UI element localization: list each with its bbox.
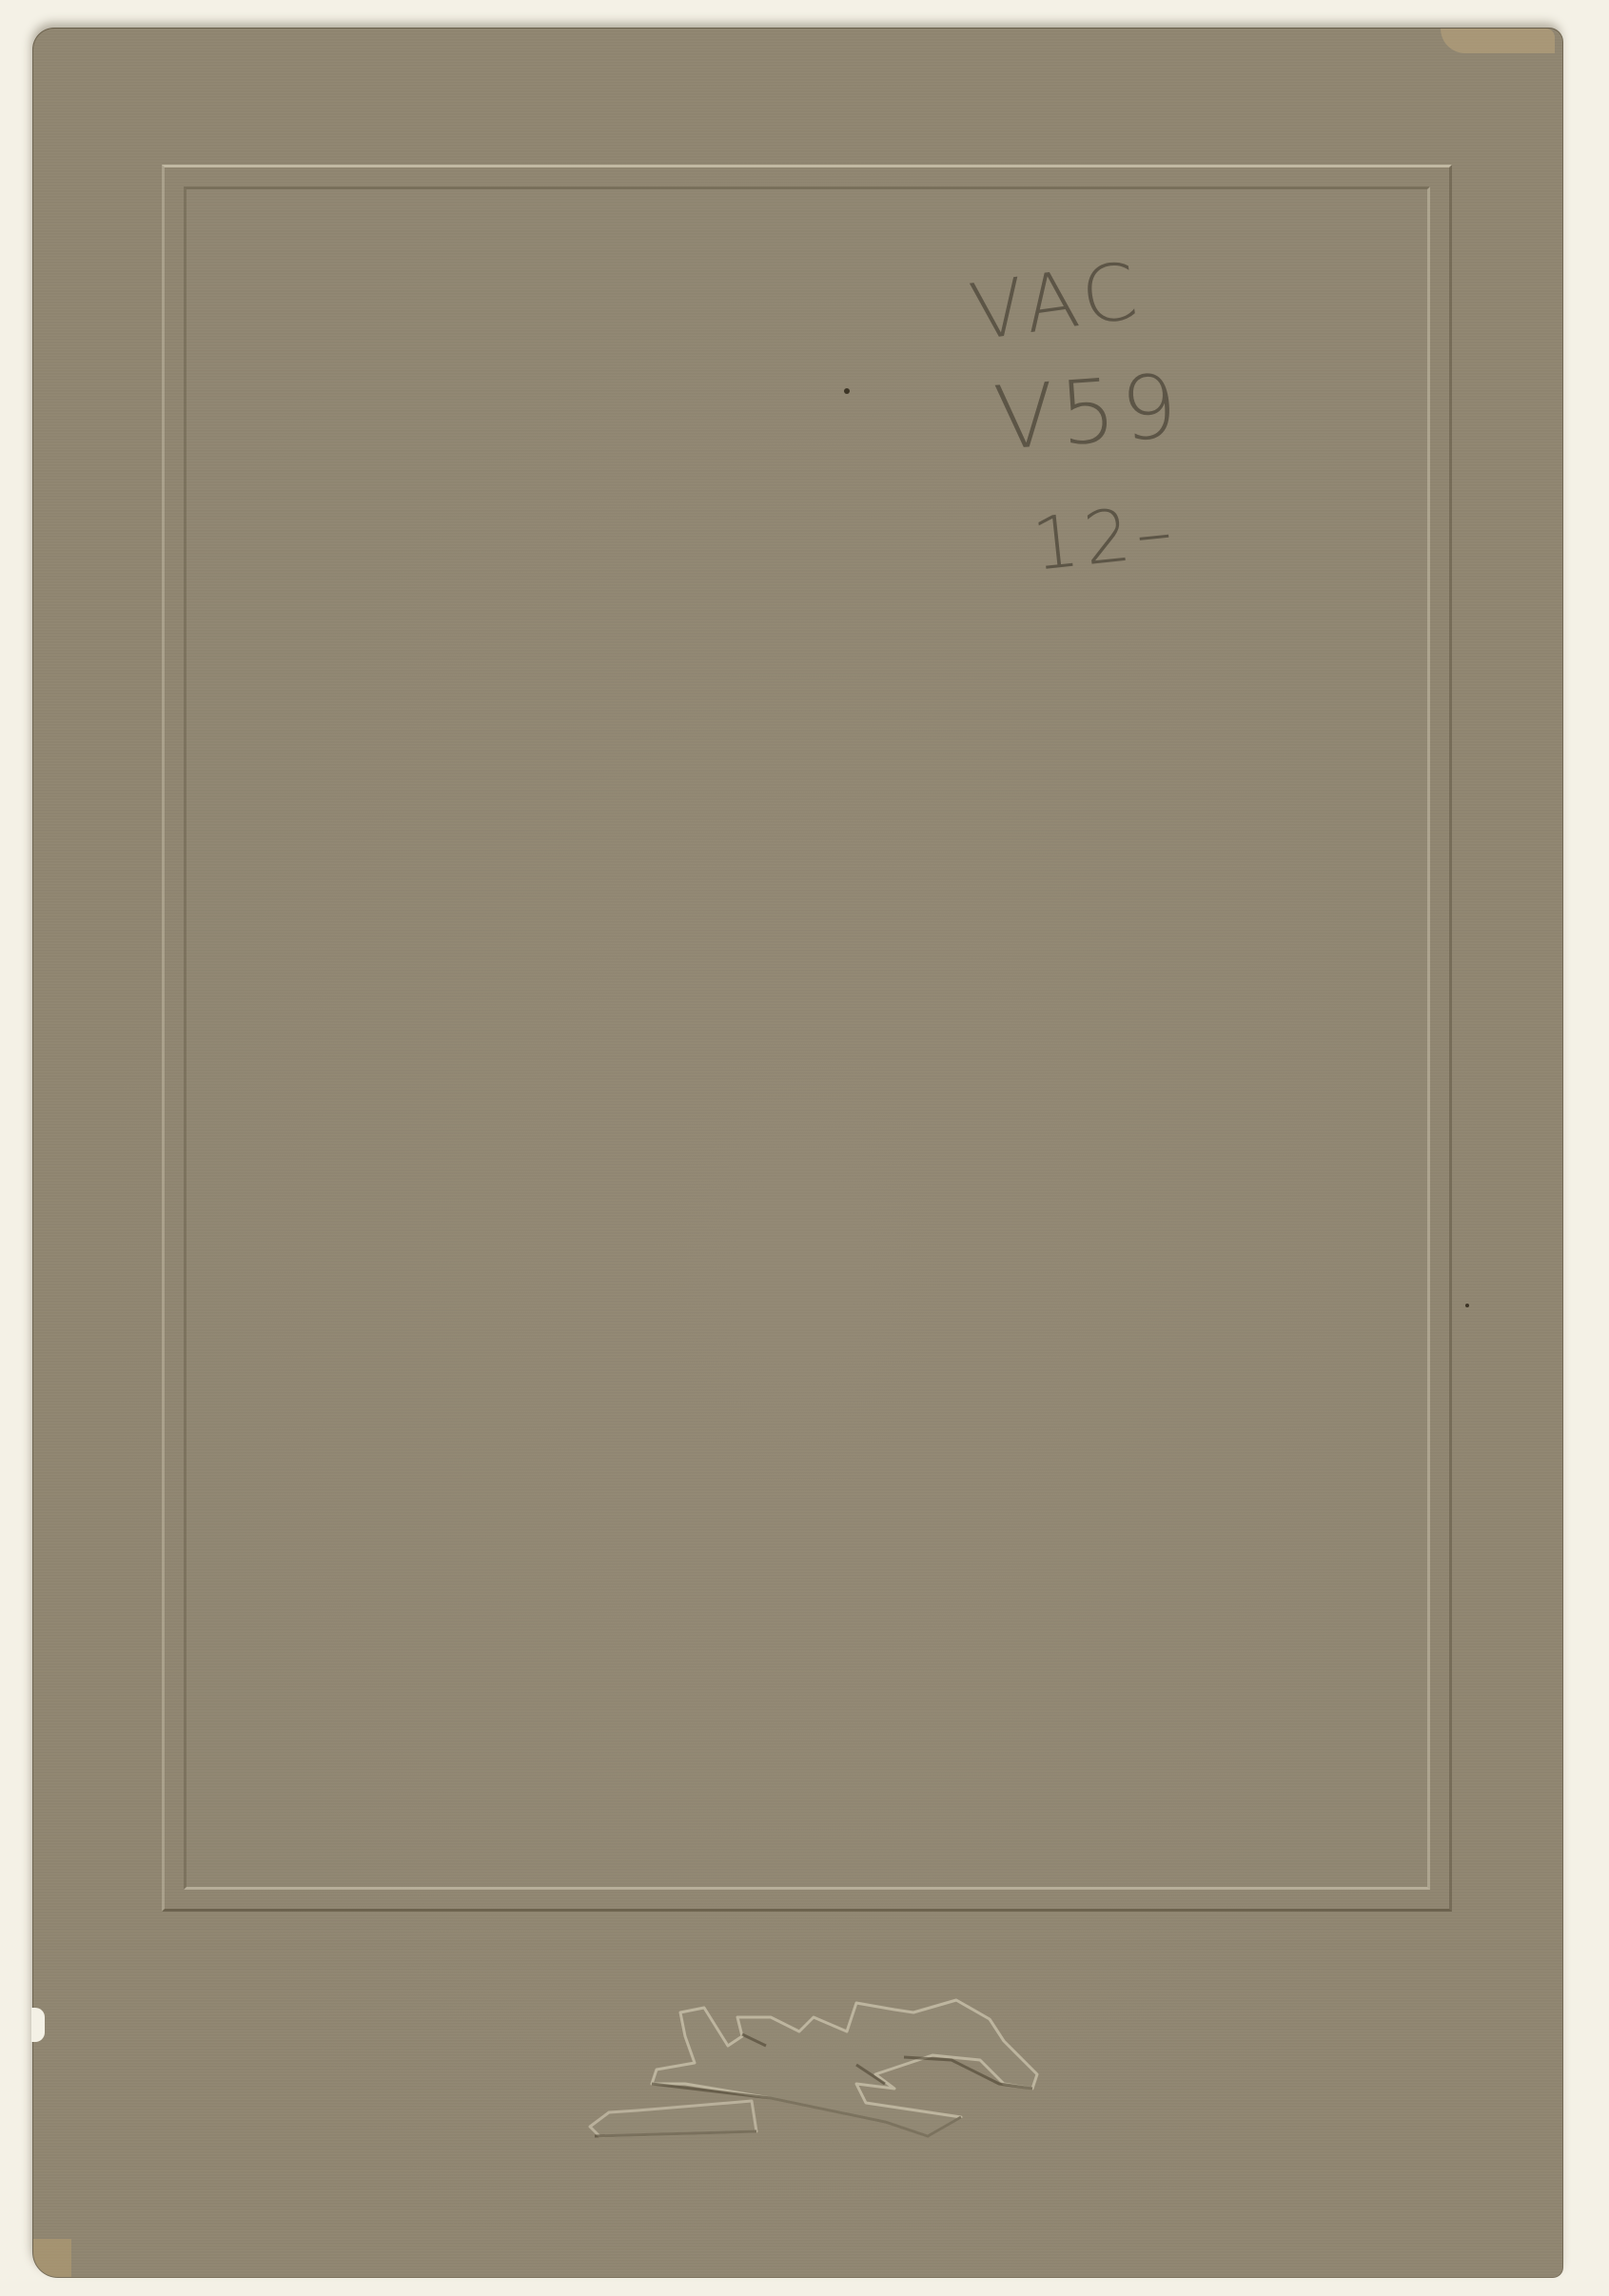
embossed-frame-inner [184, 186, 1430, 1890]
corner-chip [1441, 29, 1555, 53]
speck [844, 388, 850, 394]
pencil-note-line-2: V59 [991, 355, 1187, 470]
edge-notch [31, 2008, 45, 2042]
corner-chip [33, 2239, 71, 2277]
speck [1465, 1304, 1469, 1307]
embossed-frame-outer [162, 165, 1452, 1912]
pencil-note-line-3: 12– [1029, 487, 1182, 586]
photographer-imprint-emboss-icon [571, 1941, 1066, 2188]
card-back [33, 29, 1562, 2277]
